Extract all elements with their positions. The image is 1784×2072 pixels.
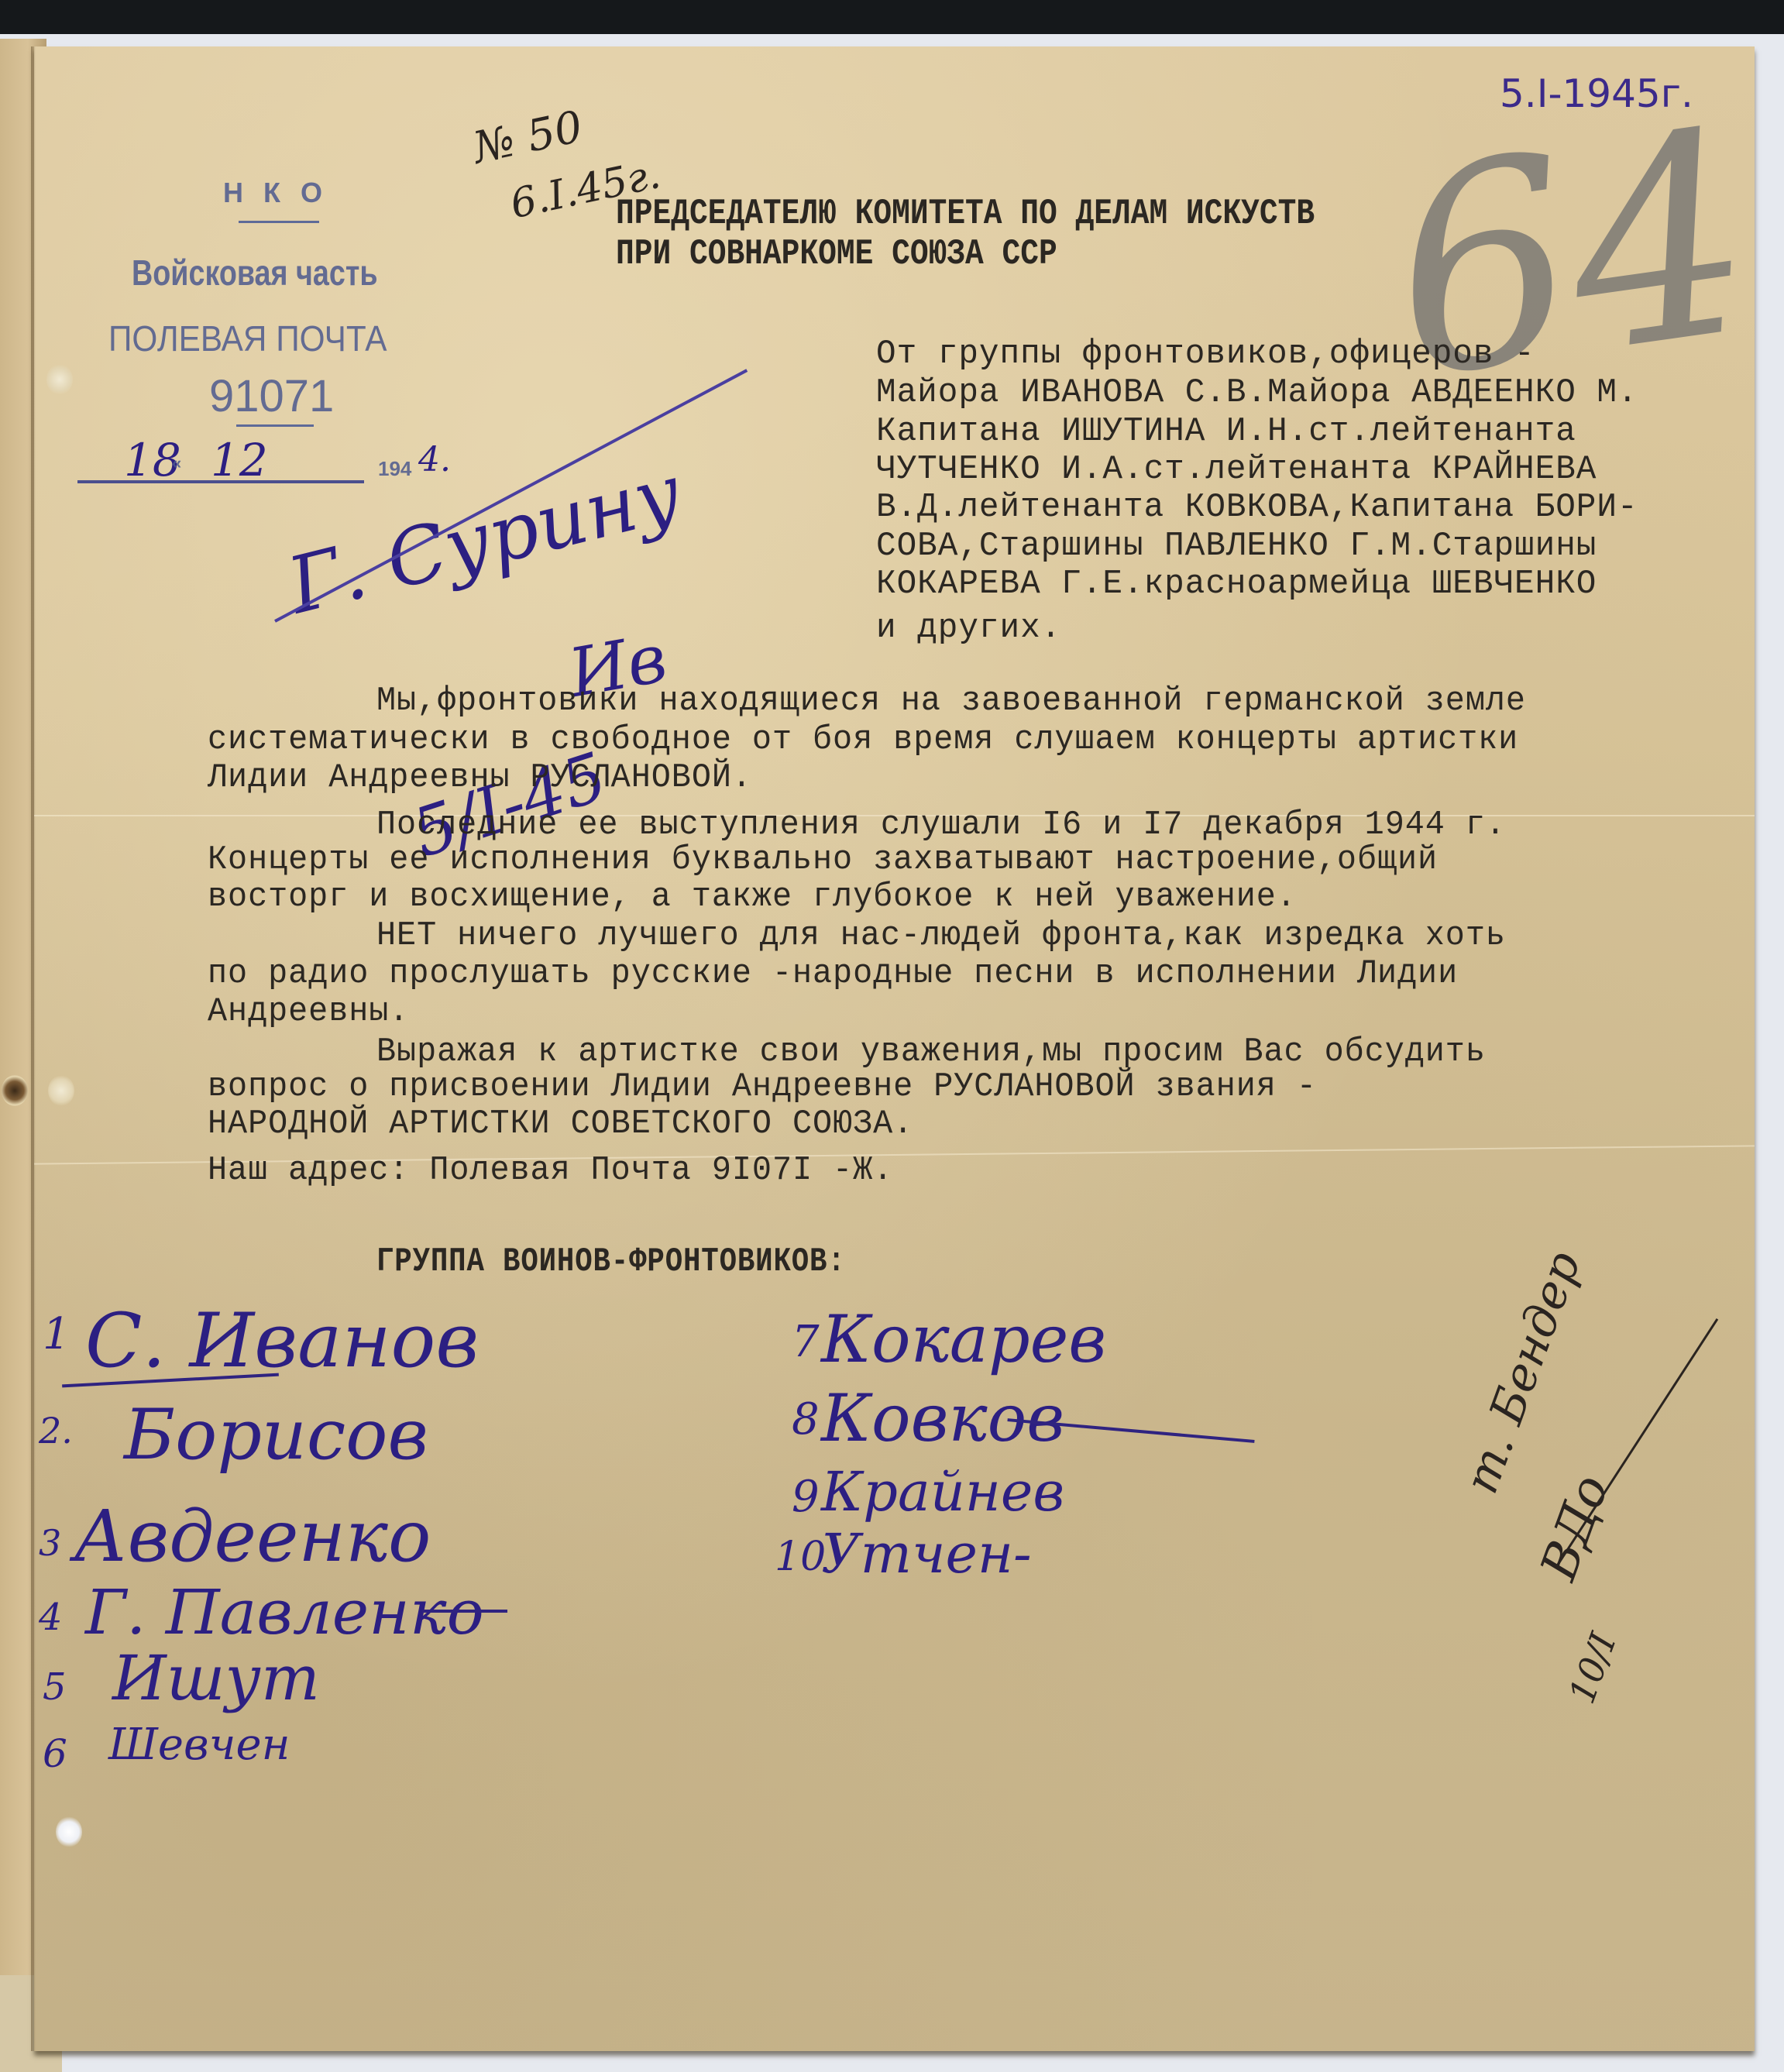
stamp-date-year-prefix: 194 (378, 457, 411, 481)
stamp-date-sep: « (172, 453, 181, 473)
body-line: Лидии Андреевны РУСЛАНОВОЙ. (208, 758, 752, 797)
body-line: систематически в свободное от боя время … (208, 720, 1518, 759)
sender-line: СОВА,Старшины ПАВЛЕНКО Г.М.Старшины (876, 527, 1597, 565)
body-line: НАРОДНОЙ АРТИСТКИ СОВЕТСКОГО СОЮЗА. (208, 1105, 913, 1143)
signature: Кокарев (821, 1301, 1106, 1377)
body-line: восторг и восхищение, а также глубокое к… (208, 878, 1297, 916)
signature: С. Иванов (85, 1297, 479, 1384)
sender-line: и других. (876, 609, 1061, 648)
stamp-org: Н К О (223, 177, 328, 209)
stamp-date-year-suffix: 4. (418, 440, 451, 479)
body-line: Выражая к артистке свои уважения,мы прос… (376, 1033, 1486, 1071)
signature: Борисов (124, 1394, 428, 1476)
stamp-date-month: 12 (211, 434, 268, 486)
signature-heading: ГРУППА ВОИНОВ-ФРОНТОВИКОВ: (376, 1242, 846, 1281)
signature-number: 7 (792, 1317, 820, 1367)
body-line: Андреевны. (208, 992, 409, 1031)
signature: Крайнев (821, 1460, 1064, 1524)
stamp-post-label: ПОЛЕВАЯ ПОЧТА (108, 318, 387, 359)
signature: Ишут (112, 1642, 320, 1714)
body-line: НЕТ ничего лучшего для нас-людей фронта,… (376, 916, 1506, 955)
stamp-unit-label: Войсковая часть (132, 252, 378, 294)
body-line: по радио прослушать русские -народные пе… (208, 954, 1458, 993)
sender-line: КОКАРЕВА Г.Е.красноармейца ШЕВЧЕНКО (876, 565, 1597, 603)
addressee-line-2: ПРИ СОВНАРКОМЕ СОЮЗА ССР (616, 234, 1057, 274)
signature: Авдеенко (74, 1495, 431, 1578)
signature-number: 1 (43, 1309, 70, 1359)
binding-hole (56, 1816, 82, 1847)
signature-flourish (422, 1610, 507, 1613)
return-address: Наш адрес: Полевая Почта 9I07I -Ж. (208, 1151, 893, 1190)
signature-number: 8 (792, 1394, 820, 1445)
stamp-date-underline (77, 480, 364, 483)
signature-number: 6 (43, 1731, 67, 1776)
stamp-post-number: 91071 (209, 370, 334, 422)
signature-number: 10 (775, 1534, 826, 1580)
signature-number: 2. (39, 1410, 73, 1452)
signature-number: 3 (39, 1522, 61, 1564)
signature: Утчен- (821, 1522, 1032, 1586)
body-line: Мы,фронтовики находящиеся на завоеванной… (376, 682, 1526, 720)
stamp-rule (239, 221, 319, 223)
signature-number: 9 (792, 1472, 820, 1522)
sender-line: Капитана ИШУТИНА И.Н.ст.лейтенанта (876, 412, 1576, 451)
sender-line: Майора ИВАНОВА С.В.Майора АВДЕЕНКО М. (876, 373, 1638, 412)
addressee-line-1: ПРЕДСЕДАТЕЛЮ КОМИТЕТА ПО ДЕЛАМ ИСКУСТВ (616, 194, 1315, 234)
signature-number: 5 (43, 1665, 67, 1709)
signature: Шевчен (108, 1720, 290, 1770)
signature-number: 4 (39, 1596, 63, 1639)
body-line: Концерты ее исполнения буквально захваты… (208, 840, 1438, 879)
stamp-rule (236, 424, 314, 427)
signature: Ковков (821, 1380, 1064, 1456)
sender-line: В.Д.лейтенанта КОВКОВА,Капитана БОРИ- (876, 488, 1638, 527)
scanner-top-band (0, 0, 1784, 34)
sender-line: ЧУТЧЕНКО И.А.ст.лейтенанта КРАЙНЕВА (876, 450, 1597, 489)
binding-hole (48, 1075, 74, 1106)
body-line: Последние ее выступления слушали I6 и I7… (376, 806, 1506, 844)
binding-fold (31, 46, 36, 2051)
binding-hole (2, 1075, 28, 1106)
body-line: вопрос о присвоении Лидии Андреевне РУСЛ… (208, 1067, 1317, 1106)
binding-hole (46, 364, 73, 395)
sender-line: От группы фронтовиков,офицеров - (876, 335, 1535, 373)
